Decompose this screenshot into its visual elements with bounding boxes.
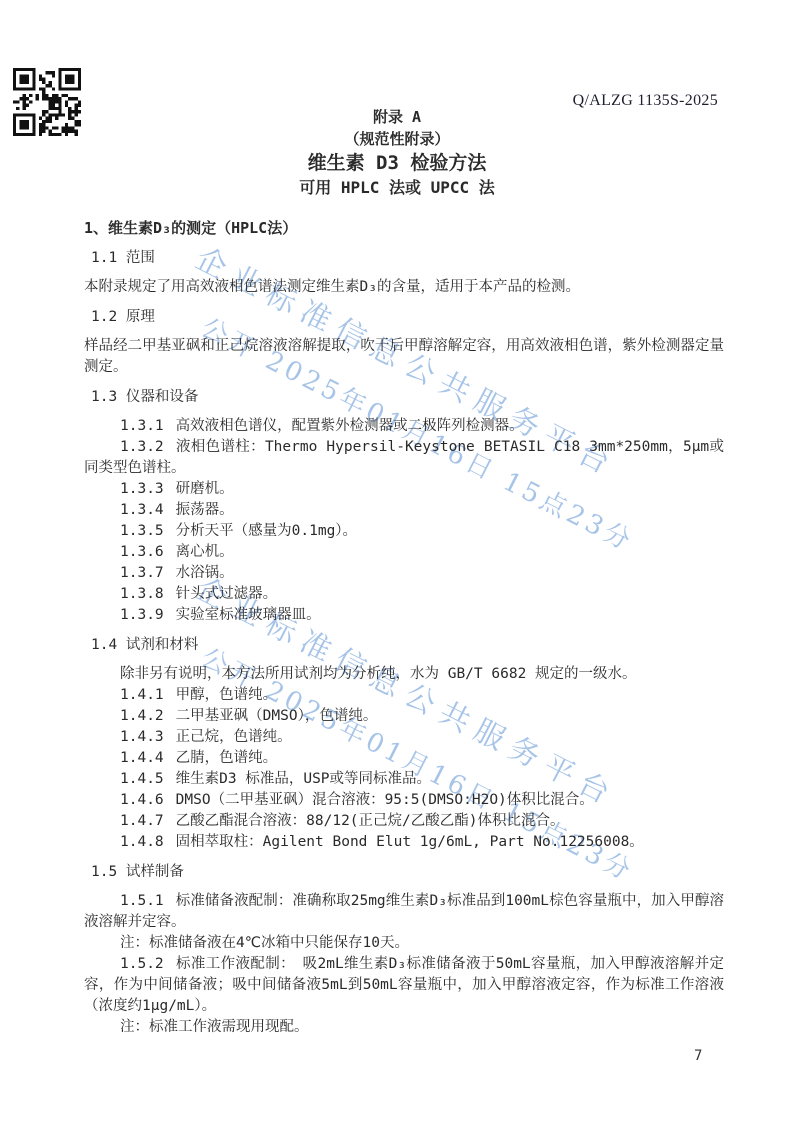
item-number: 1.3.4: [120, 502, 164, 518]
item-text: 水浴锅。: [176, 565, 234, 581]
document-subtitle: 可用 HPLC 法或 UPCC 法: [0, 176, 794, 200]
appendix-label: 附录 A: [0, 106, 794, 128]
reagents-intro: 除非另有说明，本方法所用试剂均为分析纯，水为 GB/T 6682 规定的一级水。: [84, 664, 724, 685]
item-text: 正己烷，色谱纯。: [176, 729, 292, 745]
sample-prep-list: 1.5.1标准储备液配制：准确称取25mg维生素D₃标准品到100mL棕色容量瓶…: [84, 891, 724, 1038]
item-text: 针头式过滤器。: [176, 586, 278, 602]
item-number: 1.4.4: [120, 750, 164, 766]
item-number: 1.3.6: [120, 544, 164, 560]
list-item: 1.4.8固相萃取柱：Agilent Bond Elut 1g/6mL, Par…: [84, 832, 724, 853]
item-number: 1.3.9: [120, 607, 164, 623]
list-item: 1.4.3正己烷，色谱纯。: [84, 727, 724, 748]
item-number: 1.3.5: [120, 523, 164, 539]
list-item: 1.3.9实验室标准玻璃器皿。: [84, 605, 724, 626]
item-text: 振荡器。: [176, 502, 234, 518]
item-number: 1.4.6: [120, 792, 164, 808]
item-text: 液相色谱柱：Thermo Hypersil-Keystone BETASIL C…: [84, 439, 724, 476]
list-item: 1.3.2液相色谱柱：Thermo Hypersil-Keystone BETA…: [84, 437, 724, 479]
list-item: 1.4.2二甲基亚砜（DMSO），色谱纯。: [84, 706, 724, 727]
item-text: 二甲基亚砜（DMSO），色谱纯。: [176, 708, 378, 724]
section-heading-1-3: 1.3 仪器和设备: [84, 387, 724, 408]
note-line: 注：标准储备液在4℃冰箱中只能保存10天。: [84, 933, 724, 954]
item-number: 1.4.3: [120, 729, 164, 745]
list-item: 1.3.7水浴锅。: [84, 563, 724, 584]
item-number: 1.3.3: [120, 481, 164, 497]
list-item: 1.4.5维生素D3 标准品，USP或等同标准品。: [84, 769, 724, 790]
appendix-type-label: （规范性附录）: [0, 128, 794, 150]
item-text: DMSO（二甲基亚砜）混合溶液：95:5(DMSO:H2O)体积比混合。: [176, 792, 594, 808]
item-text: 分析天平（感量为0.1mg）。: [176, 523, 357, 539]
document-body: 1、维生素D₃的测定（HPLC法） 1.1 范围 本附录规定了用高效液相色谱法测…: [0, 218, 794, 1038]
paragraph-principle: 样品经二甲基亚砜和正己烷溶液溶解提取，吹干后甲醇溶解定容，用高效液相色谱，紫外检…: [84, 336, 724, 378]
list-item: 1.3.6离心机。: [84, 542, 724, 563]
item-text: 乙酸乙酯混合溶液：88/12(正己烷/乙酸乙酯)体积比混合。: [176, 813, 565, 829]
list-item: 1.4.4乙腈，色谱纯。: [84, 748, 724, 769]
item-text: 甲醇，色谱纯。: [176, 687, 278, 703]
section-heading-1-1: 1.1 范围: [84, 248, 724, 269]
item-number: 1.3.7: [120, 565, 164, 581]
item-number: 1.3.8: [120, 586, 164, 602]
item-number: 1.5.2: [120, 956, 164, 972]
document-title: 维生素 D3 检验方法: [0, 150, 794, 176]
item-number: 1.3.2: [120, 439, 164, 455]
item-number: 1.4.7: [120, 813, 164, 829]
list-item: 1.3.8针头式过滤器。: [84, 584, 724, 605]
page-number: 7: [694, 1048, 702, 1064]
list-item: 1.4.7乙酸乙酯混合溶液：88/12(正己烷/乙酸乙酯)体积比混合。: [84, 811, 724, 832]
list-item: 1.3.3研磨机。: [84, 479, 724, 500]
list-item: 1.5.2标准工作液配制： 吸2mL维生素D₃标准储备液于50mL容量瓶，加入甲…: [84, 954, 724, 1017]
document-page: Q/ALZG 1135S-2025 企业标准信息公共服务平台 公开 2025年0…: [0, 0, 794, 1123]
list-item: 1.4.6DMSO（二甲基亚砜）混合溶液：95:5(DMSO:H2O)体积比混合…: [84, 790, 724, 811]
item-number: 1.3.1: [120, 418, 164, 434]
item-number: 1.4.2: [120, 708, 164, 724]
list-item: 1.3.1高效液相色谱仪，配置紫外检测器或二极阵列检测器。: [84, 416, 724, 437]
item-text: 固相萃取柱：Agilent Bond Elut 1g/6mL, Part No.…: [176, 834, 644, 850]
reagents-list: 除非另有说明，本方法所用试剂均为分析纯，水为 GB/T 6682 规定的一级水。…: [84, 664, 724, 853]
paragraph-scope: 本附录规定了用高效液相色谱法测定维生素D₃的含量，适用于本产品的检测。: [84, 277, 724, 298]
list-item: 1.3.5分析天平（感量为0.1mg）。: [84, 521, 724, 542]
section-heading-1-5: 1.5 试样制备: [84, 862, 724, 883]
list-item: 1.5.1标准储备液配制：准确称取25mg维生素D₃标准品到100mL棕色容量瓶…: [84, 891, 724, 933]
list-item: 1.4.1甲醇，色谱纯。: [84, 685, 724, 706]
title-block: 附录 A （规范性附录） 维生素 D3 检验方法 可用 HPLC 法或 UPCC…: [0, 0, 794, 200]
item-number: 1.4.8: [120, 834, 164, 850]
item-number: 1.4.5: [120, 771, 164, 787]
item-number: 1.4.1: [120, 687, 164, 703]
item-text: 标准储备液配制：准确称取25mg维生素D₃标准品到100mL棕色容量瓶中，加入甲…: [84, 893, 724, 930]
section-heading-1: 1、维生素D₃的测定（HPLC法）: [84, 218, 724, 239]
item-text: 标准工作液配制： 吸2mL维生素D₃标准储备液于50mL容量瓶，加入甲醇液溶解并…: [84, 956, 724, 1014]
item-text: 实验室标准玻璃器皿。: [176, 607, 321, 623]
item-text: 离心机。: [176, 544, 234, 560]
section-heading-1-4: 1.4 试剂和材料: [84, 635, 724, 656]
item-text: 乙腈，色谱纯。: [176, 750, 278, 766]
item-text: 高效液相色谱仪，配置紫外检测器或二极阵列检测器。: [176, 418, 524, 434]
list-item: 1.3.4振荡器。: [84, 500, 724, 521]
item-text: 研磨机。: [176, 481, 234, 497]
note-line: 注：标准工作液需现用现配。: [84, 1017, 724, 1038]
section-heading-1-2: 1.2 原理: [84, 307, 724, 328]
equipment-list: 1.3.1高效液相色谱仪，配置紫外检测器或二极阵列检测器。 1.3.2液相色谱柱…: [84, 416, 724, 626]
item-text: 维生素D3 标准品，USP或等同标准品。: [176, 771, 431, 787]
item-number: 1.5.1: [120, 893, 164, 909]
